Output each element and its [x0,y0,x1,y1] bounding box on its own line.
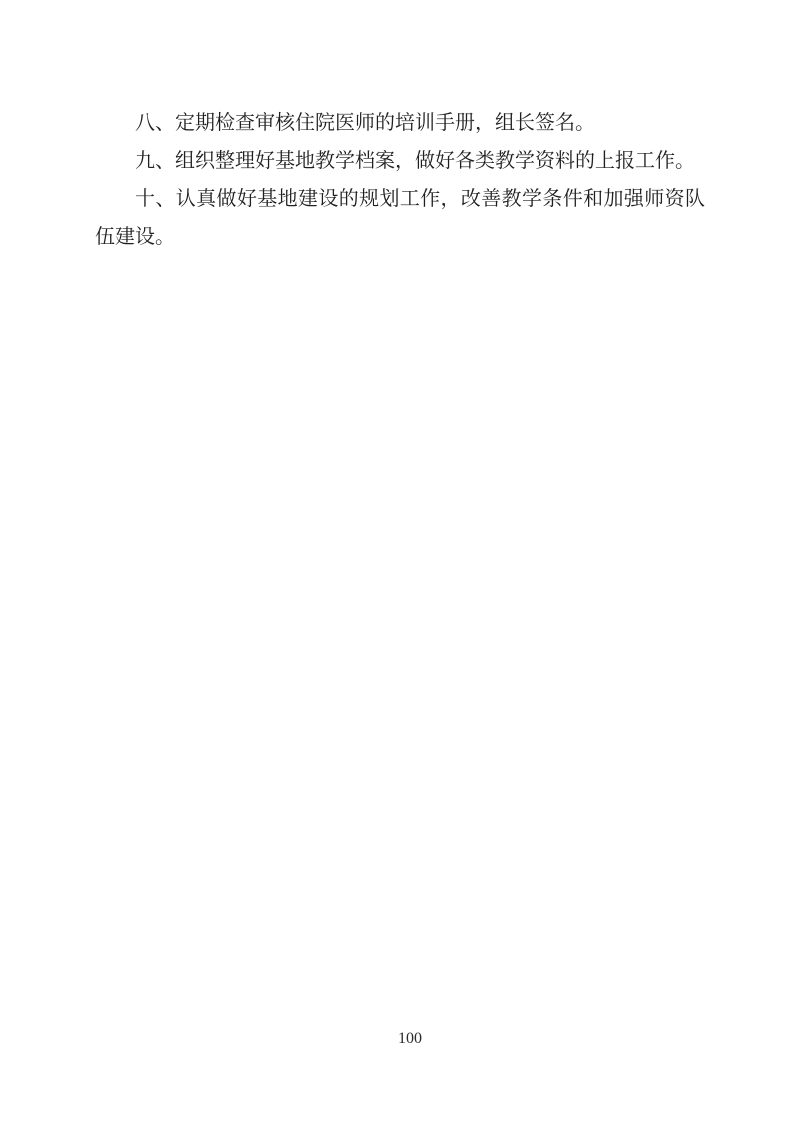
paragraph-item-9: 九、组织整理好基地教学档案，做好各类教学资料的上报工作。 [95,142,705,180]
page-footer: 100 [0,1028,800,1050]
paragraph-item-8: 八、定期检查审核住院医师的培训手册，组长签名。 [95,104,705,142]
page-number: 100 [398,1028,422,1050]
document-body: 八、定期检查审核住院医师的培训手册，组长签名。 九、组织整理好基地教学档案，做好… [95,104,705,256]
document-page: 八、定期检查审核住院医师的培训手册，组长签名。 九、组织整理好基地教学档案，做好… [0,0,800,1129]
paragraph-item-10: 十、认真做好基地建设的规划工作，改善教学条件和加强师资队伍建设。 [95,180,705,256]
